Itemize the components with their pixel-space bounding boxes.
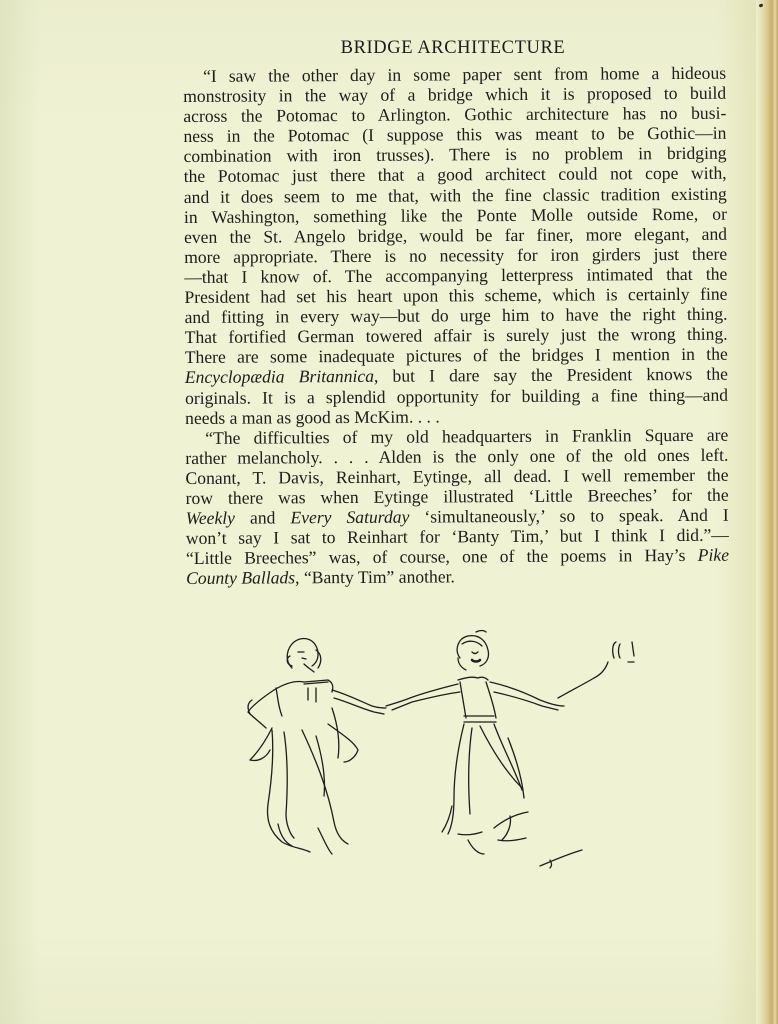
italic-title: Every Saturday [290, 507, 409, 528]
body-text: “I saw the other day in some paper sent … [183, 63, 729, 589]
dancing-figures-illustration [232, 628, 672, 873]
text-run: needs a man as good as McKim. . . . [185, 406, 440, 428]
text-line: originals. It is a splendid opportunity … [185, 384, 728, 407]
text-line: County Ballads, “Banty Tim” another. [186, 565, 729, 588]
text-line: “Little Breeches” was, of course, one of… [186, 545, 729, 568]
left-dancer-figure [248, 639, 386, 854]
right-dancer-figure [386, 631, 564, 855]
italic-title: Pike [698, 545, 729, 565]
italic-title: County Ballads [186, 568, 295, 589]
text-run: ‘simultaneously,’ so to speak. And I [409, 505, 729, 527]
text-run: originals. It is a splendid opportunity … [185, 384, 728, 407]
italic-title: Weekly [186, 508, 235, 528]
offscreen-dancer-hand [558, 642, 634, 698]
text-run: , “Banty Tim” another. [295, 567, 455, 588]
running-head: BRIDGE ARCHITECTURE [180, 38, 726, 59]
text-run: , but I dare say the President knows the [374, 364, 728, 386]
text-run: and [235, 507, 291, 527]
page-edge [756, 0, 778, 1024]
paragraph: “I saw the other day in some paper sent … [183, 63, 728, 428]
book-page: BRIDGE ARCHITECTURE “I saw the other day… [0, 0, 778, 1024]
paragraph: “The difficulties of my old headquarters… [185, 424, 729, 588]
italic-title: Encyclopædia Britannica [185, 366, 374, 387]
ground-stroke [540, 850, 582, 866]
text-run: “Little Breeches” was, of course, one of… [186, 545, 698, 568]
